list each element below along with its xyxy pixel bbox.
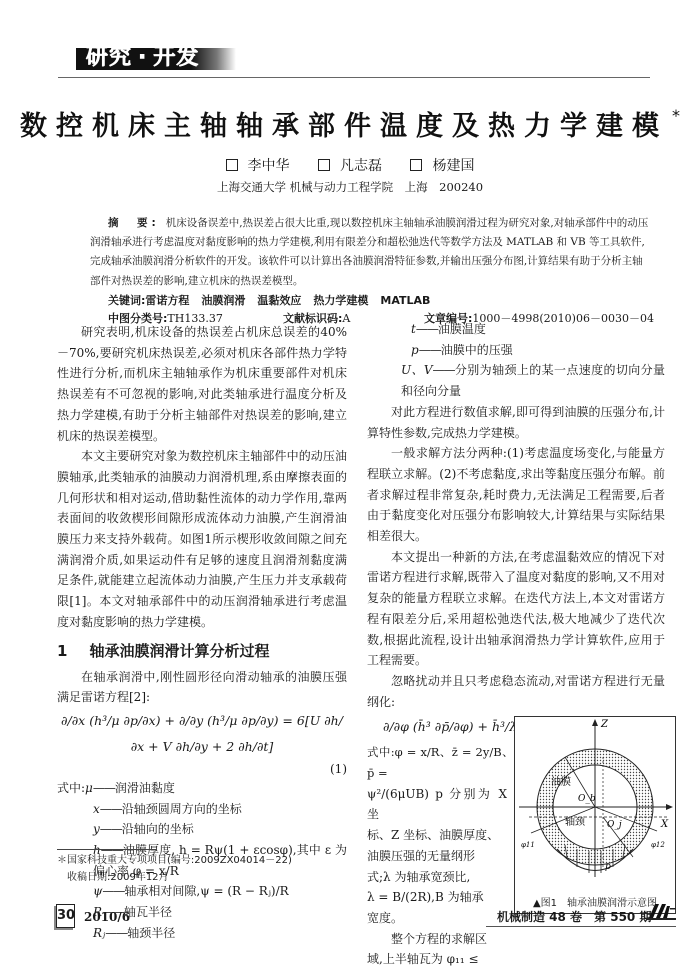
def-desc: 沿轴颈圆周方向的坐标 — [122, 802, 242, 816]
abstract-text: 机床设备误差中,热误差占很大比重,现以数控机床主轴轴承油膜润滑过程为研究对象,对… — [90, 217, 648, 287]
wrap-line: 域,上半轴瓦为 φ₁₁ ≤ — [367, 949, 507, 968]
def-symbol: ψ — [93, 884, 102, 898]
paragraph: 本文主要研究对象为数控机床主轴部件中的动压油膜轴承,此类轴承的油膜动力润滑机理,… — [57, 446, 347, 632]
footer-rule — [486, 926, 676, 927]
definition-item: Rⱼ——轴颈半径 — [57, 923, 347, 944]
keywords-label: 关键词: — [108, 294, 145, 307]
wrap-line: 标、Z 坐标、油膜厚度、 — [367, 825, 507, 846]
received-date: 收稿日期:2009年12月 — [57, 869, 292, 886]
def-desc: 轴颈半径 — [127, 926, 175, 940]
section-part-research: 研究 — [86, 45, 132, 70]
fund-note: ＊国家科技重大专项项目(编号:2009ZX04014－22) — [57, 852, 292, 869]
def-symbol: y — [93, 822, 100, 836]
abstract: 摘 要:机床设备误差中,热误差占很大比重,现以数控机床主轴轴承油膜润滑过程为研究… — [90, 214, 650, 291]
x-axis-label: X — [660, 819, 669, 830]
author: 凡志磊 — [318, 158, 382, 174]
equation-1-number: (1) — [57, 760, 347, 778]
footnote-rule — [57, 849, 157, 850]
author-name: 李中华 — [248, 158, 290, 174]
keywords: 关键词:雷诺方程油膜润滑温黏效应热力学建模MATLAB — [108, 293, 442, 309]
footnote: ＊国家科技重大专项项目(编号:2009ZX04014－22) 收稿日期:2009… — [57, 852, 292, 886]
def-desc: 沿轴向的坐标 — [122, 822, 194, 836]
keyword: 油膜润滑 — [201, 294, 245, 307]
definition-item: t——油膜温度 — [367, 319, 665, 340]
issue-number: 2010/6 — [84, 910, 130, 924]
def-symbol: μ — [85, 781, 93, 795]
equation-1: ∂/∂x (h³/μ ∂p/∂x) + ∂/∂y (h³/μ ∂p/∂y) = … — [57, 708, 347, 760]
oil-film-label: 油膜 — [551, 775, 571, 788]
section-dot: · — [138, 45, 147, 70]
def-desc: 轴瓦半径 — [124, 905, 172, 919]
definition-item: U、V——分别为轴颈上的某一点速度的切向分量和径向分量 — [367, 360, 665, 401]
def-symbol: Rⱼ — [93, 926, 105, 940]
def-symbol: p — [411, 343, 419, 357]
author-name: 凡志磊 — [340, 158, 382, 174]
section-part-develop: 开发 — [153, 45, 199, 70]
paragraph: 研究表明,机床设备的热误差占机床总误差的40%－70%,要研究机床热误差,必须对… — [57, 322, 347, 446]
affiliation: 上海交通大学 机械与动力工程学院 上海 200240 — [0, 178, 700, 196]
def-desc: 油膜温度 — [438, 322, 486, 336]
paragraph: 在轴承润滑中,刚性圆形径向滑动轴承的油膜压强满足雷诺方程[2]: — [57, 667, 347, 708]
bearing-diagram: Z X 油膜 轴颈 O_b O_j φ11 φ12 p — [515, 717, 675, 892]
def-symbol: x — [93, 802, 100, 816]
oj-label: O_j — [607, 820, 622, 830]
square-icon — [226, 159, 238, 171]
section-number: 1 — [57, 642, 67, 660]
square-icon — [318, 159, 330, 171]
section-heading: 1轴承油膜润滑计算分析过程 — [57, 639, 347, 663]
paragraph: 本文提出一种新的方法,在考虑温黏效应的情况下对雷诺方程进行求解,既带入了温度对黏… — [367, 547, 665, 671]
definition-item: y——沿轴向的坐标 — [57, 819, 347, 840]
ob-label: O_b — [578, 794, 596, 804]
page-number: 30 — [56, 904, 75, 928]
author: 李中华 — [226, 158, 290, 174]
wrap-line: ψ²/(6μUB) p 分别为 X 坐 — [367, 784, 507, 825]
abstract-label: 摘 要: — [108, 217, 160, 229]
wrap-line: 整个方程的求解区 — [367, 929, 507, 950]
keyword: MATLAB — [380, 294, 430, 307]
author: 杨建国 — [410, 158, 474, 174]
journal-logo-icon — [645, 902, 677, 924]
keyword: 热力学建模 — [313, 294, 368, 307]
paragraph: 一般求解方法分两种:(1)考虑温度场变化,与能量方程联立求解。(2)不考虑黏度,… — [367, 443, 665, 547]
phi12-label: φ12 — [651, 841, 665, 849]
author-name: 杨建国 — [432, 158, 474, 174]
paragraph: 忽略扰动并且只考虑稳态流动,对雷诺方程进行无量纲化: — [367, 671, 665, 712]
def-desc: 轴承相对间隙,ψ = (R − Rⱼ)/R — [124, 884, 288, 898]
article-title: 数控机床主轴轴承部件温度及热力学建模* — [0, 96, 700, 147]
section-title: 轴承油膜润滑计算分析过程 — [89, 642, 269, 660]
wrap-line: λ = B/(2R),B 为轴承 — [367, 887, 507, 908]
journal-label: 轴颈 — [565, 815, 586, 828]
figure-1: Z X 油膜 轴颈 O_b O_j φ11 φ12 p ▲图1 轴承油膜润滑示意… — [514, 716, 676, 914]
header-rule — [58, 77, 650, 78]
def-symbol: U、V — [401, 363, 433, 377]
section-band-label: 研究·开发 — [86, 44, 199, 72]
author-list: 李中华 凡志磊 杨建国 — [0, 156, 700, 176]
z-axis-label: Z — [600, 719, 609, 730]
title-footnote-mark: * — [672, 106, 680, 125]
keyword: 雷诺方程 — [145, 294, 189, 307]
definition-item: p——油膜中的压强 — [367, 340, 665, 361]
keyword: 温黏效应 — [257, 294, 301, 307]
journal-info: 机械制造 48 卷 第 550 期 — [497, 908, 651, 925]
paragraph: 对此方程进行数值求解,即可得到油膜的压强分布,计算特性参数,完成热力学建模。 — [367, 402, 665, 443]
def-desc: 油膜中的压强 — [441, 343, 513, 357]
article-title-text: 数控机床主轴轴承部件温度及热力学建模 — [20, 111, 668, 142]
wrap-line: 式;λ 为轴承宽颈比, — [367, 867, 507, 888]
where-label: 式中: — [57, 781, 85, 795]
left-column: 研究表明,机床设备的热误差占机床总误差的40%－70%,要研究机床热误差,必须对… — [57, 322, 347, 944]
phi11-label: φ11 — [521, 841, 535, 849]
def-desc: 润滑油黏度 — [115, 781, 175, 795]
wrapped-text: ψ²/(6μUB) p 分别为 X 坐 标、Z 坐标、油膜厚度、 油膜压强的无量… — [367, 784, 507, 968]
definition-item: 式中:μ——润滑油黏度 — [57, 778, 347, 799]
wrap-line: 油膜压强的无量纲形 — [367, 846, 507, 867]
square-icon — [410, 159, 422, 171]
definition-item: x——沿轴颈圆周方向的坐标 — [57, 799, 347, 820]
pressure-label: p — [605, 862, 611, 872]
